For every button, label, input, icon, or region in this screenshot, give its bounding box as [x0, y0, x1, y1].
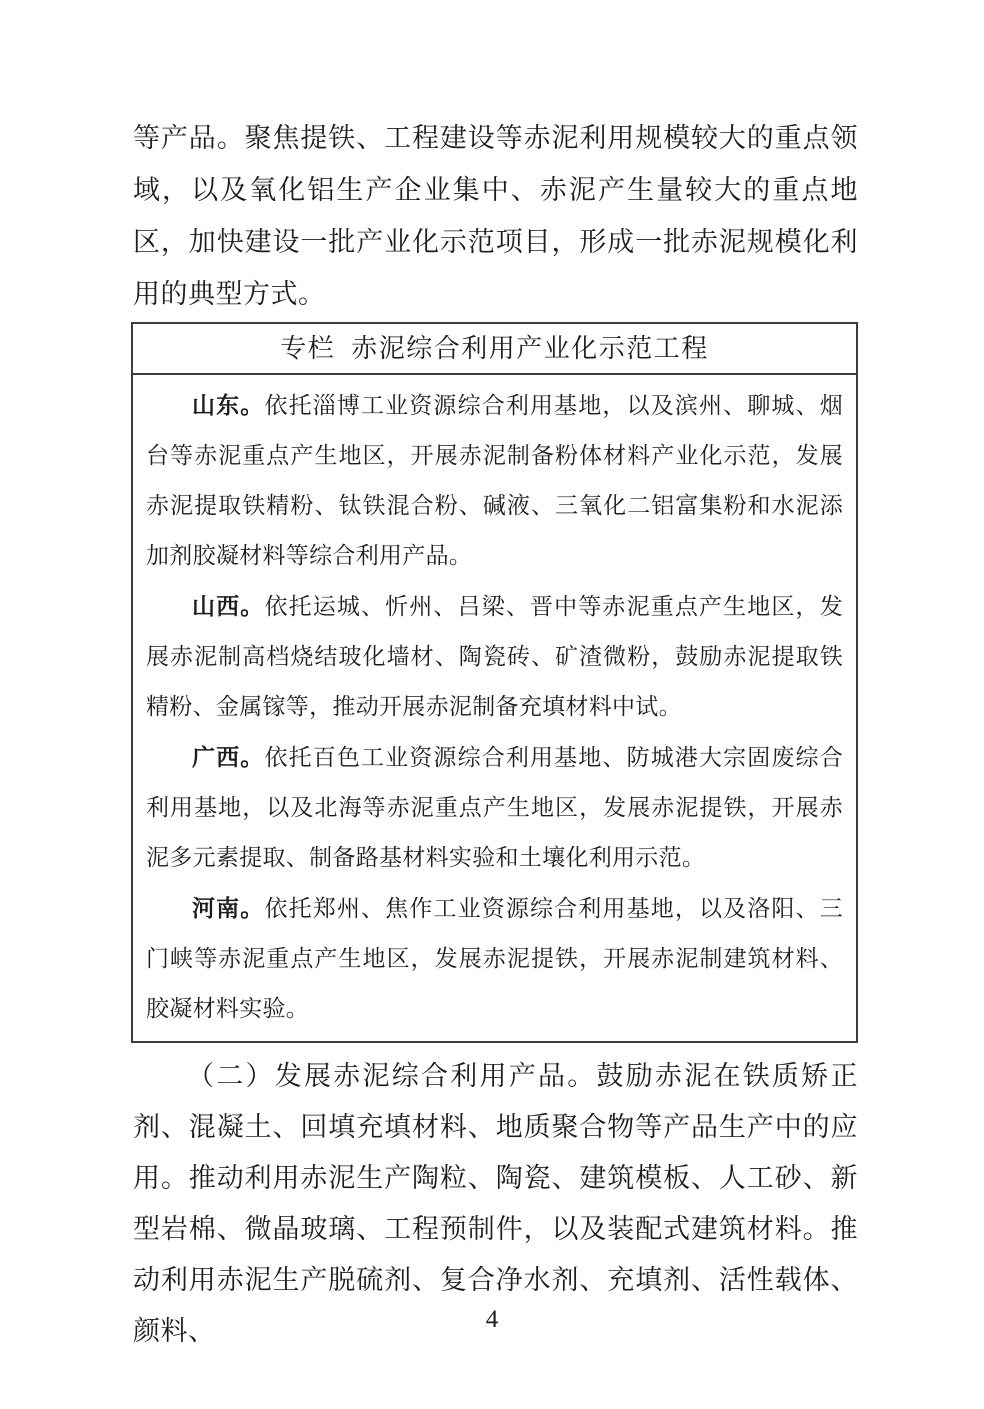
- region-label-shanxi: 山西。: [192, 593, 264, 619]
- intro-paragraph: 等产品。聚焦提铁、工程建设等赤泥利用规模较大的重点领域，以及氧化铝生产企业集中、…: [133, 112, 858, 320]
- box-entry-henan: 河南。依托郑州、焦作工业资源综合利用基地，以及洛阳、三门峡等赤泥重点产生地区，发…: [146, 883, 843, 1034]
- special-column-body: 山东。依托淄博工业资源综合利用基地，以及滨州、聊城、烟台等赤泥重点产生地区，开展…: [133, 375, 856, 1041]
- document-page: 等产品。聚焦提铁、工程建设等赤泥利用规模较大的重点领域，以及氧化铝生产企业集中、…: [0, 0, 984, 1409]
- section-text: 鼓励赤泥在铁质矫正剂、混凝土、回填充填材料、地质聚合物等产品生产中的应用。推动利…: [133, 1061, 858, 1346]
- entry-text-shandong: 依托淄博工业资源综合利用基地，以及滨州、聊城、烟台等赤泥重点产生地区，开展赤泥制…: [146, 393, 843, 568]
- section-heading: （二）发展赤泥综合利用产品。: [187, 1061, 597, 1091]
- box-entry-shanxi: 山西。依托运城、忻州、吕梁、晋中等赤泥重点产生地区，发展赤泥制高档烧结玻化墙材、…: [146, 581, 843, 732]
- page-number: 4: [0, 1306, 984, 1334]
- region-label-guangxi: 广西。: [192, 744, 264, 770]
- special-column-title: 专栏 赤泥综合利用产业化示范工程: [133, 324, 856, 375]
- region-label-shandong: 山东。: [192, 392, 264, 418]
- region-label-henan: 河南。: [192, 895, 264, 921]
- special-column-box: 专栏 赤泥综合利用产业化示范工程 山东。依托淄博工业资源综合利用基地，以及滨州、…: [131, 322, 858, 1043]
- box-entry-guangxi: 广西。依托百色工业资源综合利用基地、防城港大宗固废综合利用基地，以及北海等赤泥重…: [146, 732, 843, 883]
- box-entry-shandong: 山东。依托淄博工业资源综合利用基地，以及滨州、聊城、烟台等赤泥重点产生地区，开展…: [146, 380, 843, 581]
